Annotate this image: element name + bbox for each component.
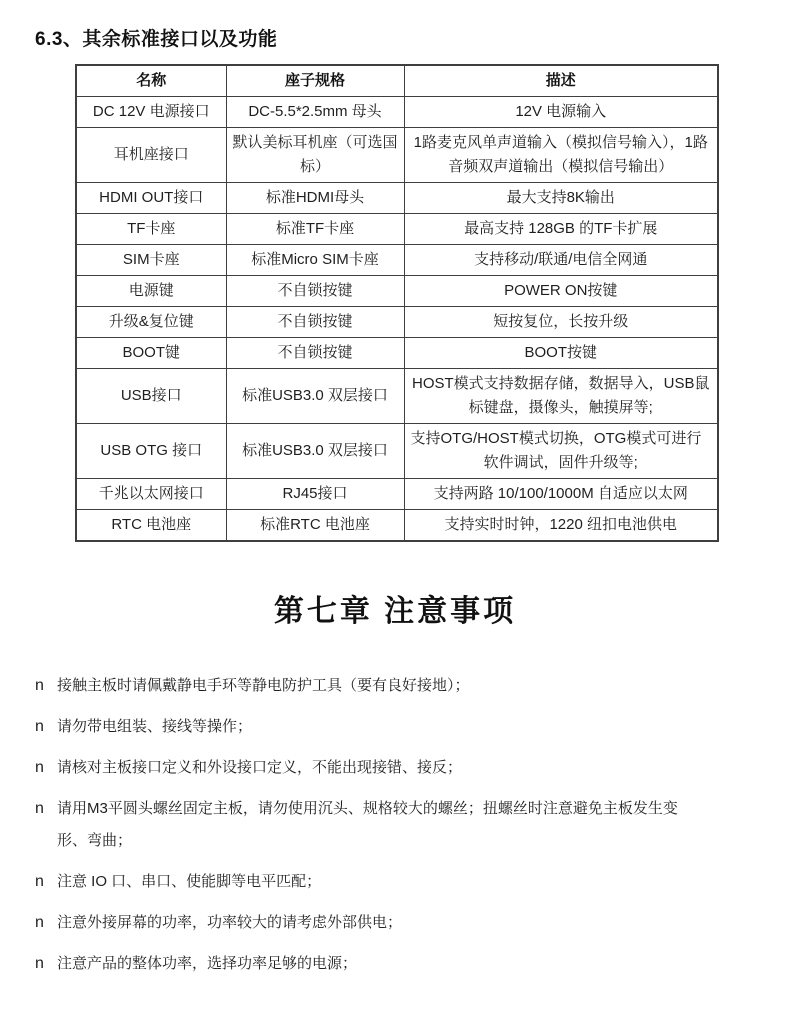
cell-desc: 支持实时时钟，1220 纽扣电池供电 [404, 510, 718, 542]
cell-spec: 默认美标耳机座（可选国标） [226, 128, 404, 183]
section-title: 6.3、其余标准接口以及功能 [35, 24, 755, 51]
cell-name: 升级&复位键 [76, 307, 226, 338]
cell-name: RTC 电池座 [76, 510, 226, 542]
note-text: 请用M3平圆头螺丝固定主板，请勿使用沉头、规格较大的螺丝；扭螺丝时注意避免主板发… [57, 793, 705, 857]
cell-desc: POWER ON按键 [404, 276, 718, 307]
cell-name: USB OTG 接口 [76, 424, 226, 479]
cell-name: TF卡座 [76, 214, 226, 245]
bullet-marker: n [35, 793, 57, 825]
cell-desc: 最高支持 128GB 的TF卡扩展 [404, 214, 718, 245]
notes-list: n 接触主板时请佩戴静电手环等静电防护工具（要有良好接地）； n 请勿带电组装、… [35, 664, 755, 980]
interface-spec-table: 名称 座子规格 描述 DC 12V 电源接口 DC-5.5*2.5mm 母头 1… [75, 64, 719, 542]
bullet-marker: n [35, 948, 57, 980]
cell-name: DC 12V 电源接口 [76, 97, 226, 128]
column-header-desc: 描述 [404, 65, 718, 97]
note-text: 注意外接屏幕的功率，功率较大的请考虑外部供电； [57, 907, 705, 939]
otg-desc-line1: 支持OTG/HOST模式切换，OTG模式可进行 [411, 427, 712, 451]
cell-name: SIM卡座 [76, 245, 226, 276]
list-item: n 注意 IO 口、串口、使能脚等电平匹配； [35, 866, 755, 898]
note-text: 请核对主板接口定义和外设接口定义，不能出现接错、接反； [57, 752, 705, 784]
table-row: HDMI OUT接口 标准HDMI母头 最大支持8K输出 [76, 183, 718, 214]
table-row: 千兆以太网接口 RJ45接口 支持两路 10/100/1000M 自适应以太网 [76, 479, 718, 510]
list-item: n 接触主板时请佩戴静电手环等静电防护工具（要有良好接地）； [35, 670, 755, 702]
table-row: 耳机座接口 默认美标耳机座（可选国标） 1路麦克风单声道输入（模拟信号输入），1… [76, 128, 718, 183]
cell-desc: BOOT按键 [404, 338, 718, 369]
list-item: n 请用M3平圆头螺丝固定主板，请勿使用沉头、规格较大的螺丝；扭螺丝时注意避免主… [35, 793, 755, 857]
cell-spec: RJ45接口 [226, 479, 404, 510]
cell-desc: 最大支持8K输出 [404, 183, 718, 214]
chapter-title: 第七章 注意事项 [35, 586, 755, 630]
table-row: DC 12V 电源接口 DC-5.5*2.5mm 母头 12V 电源输入 [76, 97, 718, 128]
cell-spec: 标准TF卡座 [226, 214, 404, 245]
bullet-marker: n [35, 907, 57, 939]
cell-spec: 不自锁按键 [226, 307, 404, 338]
cell-spec: 标准HDMI母头 [226, 183, 404, 214]
cell-desc: 支持OTG/HOST模式切换，OTG模式可进行 软件调试，固件升级等; [404, 424, 718, 479]
note-text: 注意产品的整体功率，选择功率足够的电源； [57, 948, 705, 980]
document-page: 6.3、其余标准接口以及功能 名称 座子规格 描述 DC 12V 电源接口 DC… [0, 0, 790, 980]
bullet-marker: n [35, 670, 57, 702]
table-row: USB接口 标准USB3.0 双层接口 HOST模式支持数据存储，数据导入，US… [76, 369, 718, 424]
cell-spec: 标准USB3.0 双层接口 [226, 424, 404, 479]
cell-desc: 12V 电源输入 [404, 97, 718, 128]
list-item: n 请勿带电组装、接线等操作； [35, 711, 755, 743]
cell-desc: 短按复位，长按升级 [404, 307, 718, 338]
list-item: n 注意外接屏幕的功率，功率较大的请考虑外部供电； [35, 907, 755, 939]
cell-name: BOOT键 [76, 338, 226, 369]
note-text: 接触主板时请佩戴静电手环等静电防护工具（要有良好接地）； [57, 670, 705, 702]
note-text: 请勿带电组装、接线等操作； [57, 711, 705, 743]
cell-name: 耳机座接口 [76, 128, 226, 183]
cell-desc: 支持两路 10/100/1000M 自适应以太网 [404, 479, 718, 510]
table-row: BOOT键 不自锁按键 BOOT按键 [76, 338, 718, 369]
column-header-spec: 座子规格 [226, 65, 404, 97]
list-item: n 注意产品的整体功率，选择功率足够的电源； [35, 948, 755, 980]
cell-name: 千兆以太网接口 [76, 479, 226, 510]
cell-spec: 不自锁按键 [226, 338, 404, 369]
table-row: 电源键 不自锁按键 POWER ON按键 [76, 276, 718, 307]
bullet-marker: n [35, 711, 57, 743]
bullet-marker: n [35, 866, 57, 898]
table-row: RTC 电池座 标准RTC 电池座 支持实时时钟，1220 纽扣电池供电 [76, 510, 718, 542]
cell-name: USB接口 [76, 369, 226, 424]
cell-spec: 标准RTC 电池座 [226, 510, 404, 542]
table-row: 升级&复位键 不自锁按键 短按复位，长按升级 [76, 307, 718, 338]
column-header-name: 名称 [76, 65, 226, 97]
cell-name: 电源键 [76, 276, 226, 307]
cell-spec: DC-5.5*2.5mm 母头 [226, 97, 404, 128]
cell-spec: 不自锁按键 [226, 276, 404, 307]
cell-desc: HOST模式支持数据存储，数据导入，USB鼠标键盘，摄像头，触摸屏等; [404, 369, 718, 424]
list-item: n 请核对主板接口定义和外设接口定义，不能出现接错、接反； [35, 752, 755, 784]
cell-name: HDMI OUT接口 [76, 183, 226, 214]
table-row: USB OTG 接口 标准USB3.0 双层接口 支持OTG/HOST模式切换，… [76, 424, 718, 479]
cell-spec: 标准Micro SIM卡座 [226, 245, 404, 276]
otg-desc-line2: 软件调试，固件升级等; [411, 451, 712, 475]
bullet-marker: n [35, 752, 57, 784]
note-text: 注意 IO 口、串口、使能脚等电平匹配； [57, 866, 705, 898]
cell-desc: 1路麦克风单声道输入（模拟信号输入），1路音频双声道输出（模拟信号输出） [404, 128, 718, 183]
table-header-row: 名称 座子规格 描述 [76, 65, 718, 97]
table-row: SIM卡座 标准Micro SIM卡座 支持移动/联通/电信全网通 [76, 245, 718, 276]
table-row: TF卡座 标准TF卡座 最高支持 128GB 的TF卡扩展 [76, 214, 718, 245]
cell-desc: 支持移动/联通/电信全网通 [404, 245, 718, 276]
cell-spec: 标准USB3.0 双层接口 [226, 369, 404, 424]
